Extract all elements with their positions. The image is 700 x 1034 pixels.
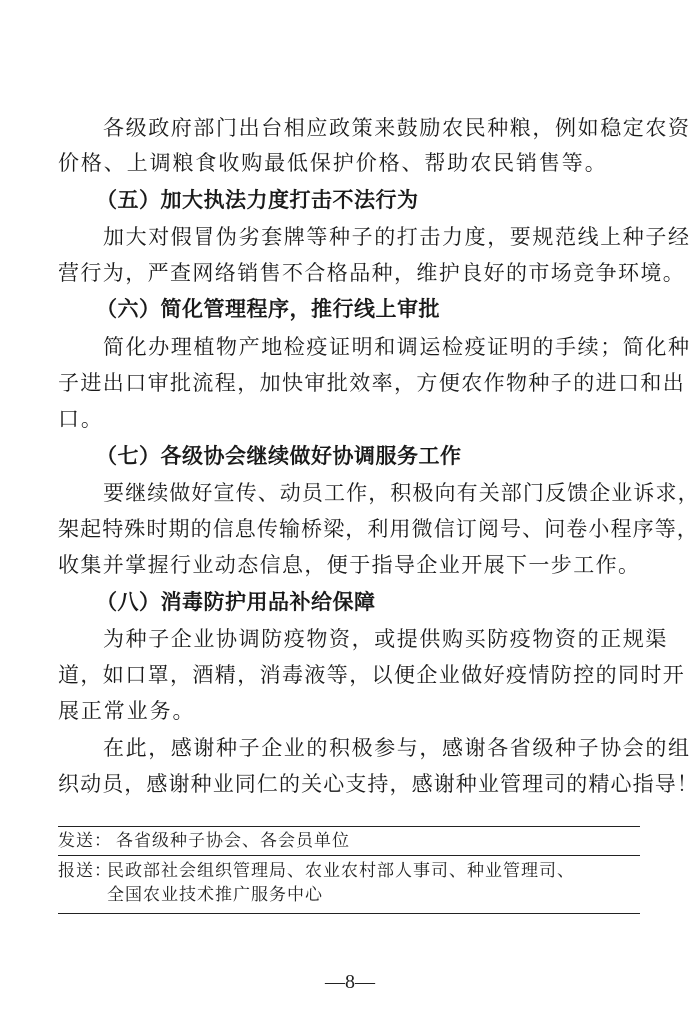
page-number: —8—: [0, 970, 700, 994]
paragraph-line: 各级政府部门出台相应政策来鼓励农民种粮，例如稳定农资: [103, 115, 640, 141]
section-heading-7: （七）各级协会继续做好协调服务工作: [96, 443, 462, 469]
report-to-line: 民政部社会组织管理局、农业农村部人事司、种业管理司、: [107, 860, 575, 882]
paragraph-line: 营行为，严查网络销售不合格品种，维护良好的市场竞争环境。: [58, 260, 642, 286]
paragraph-line: 道，如口罩，酒精，消毒液等，以便企业做好疫情防控的同时开: [58, 662, 642, 688]
section-heading-5: （五）加大执法力度打击不法行为: [96, 187, 419, 213]
paragraph-line: 织动员，感谢种业同仁的关心支持，感谢种业管理司的精心指导！: [58, 771, 642, 797]
section-heading-6: （六）简化管理程序，推行线上审批: [96, 296, 440, 322]
paragraph-line: 展正常业务。: [58, 698, 642, 724]
report-to-label: 报送：: [58, 860, 112, 882]
document-page: 各级政府部门出台相应政策来鼓励农民种粮，例如稳定农资 价格、上调粮食收购最低保护…: [0, 0, 700, 1034]
divider-bottom: [58, 913, 640, 914]
report-to-line: 全国农业技术推广服务中心: [107, 884, 323, 906]
paragraph-line: 子进出口审批流程，加快审批效率，方便农作物种子的进口和出: [58, 370, 642, 396]
paragraph-line: 简化办理植物产地检疫证明和调运检疫证明的手续；简化种: [103, 334, 640, 360]
send-to-value: 各省级种子协会、各会员单位: [116, 830, 350, 852]
paragraph-line: 在此，感谢种子企业的积极参与，感谢各省级种子协会的组: [103, 735, 640, 761]
paragraph-line: 口。: [58, 406, 642, 432]
paragraph-line: 加大对假冒伪劣套牌等种子的打击力度，要规范线上种子经: [103, 224, 640, 250]
paragraph-line: 价格、上调粮食收购最低保护价格、帮助农民销售等。: [58, 150, 642, 176]
divider-middle: [58, 855, 640, 856]
paragraph-line: 架起特殊时期的信息传输桥梁，利用微信订阅号、问卷小程序等，: [58, 516, 642, 542]
send-to-label: 发送：: [58, 830, 112, 852]
paragraph-line: 要继续做好宣传、动员工作，积极向有关部门反馈企业诉求，: [103, 480, 640, 506]
paragraph-line: 为种子企业协调防疫物资，或提供购买防疫物资的正规渠: [103, 626, 640, 652]
paragraph-line: 收集并掌握行业动态信息，便于指导企业开展下一步工作。: [58, 552, 642, 578]
divider-top: [58, 826, 640, 827]
section-heading-8: （八）消毒防护用品补给保障: [96, 589, 376, 615]
